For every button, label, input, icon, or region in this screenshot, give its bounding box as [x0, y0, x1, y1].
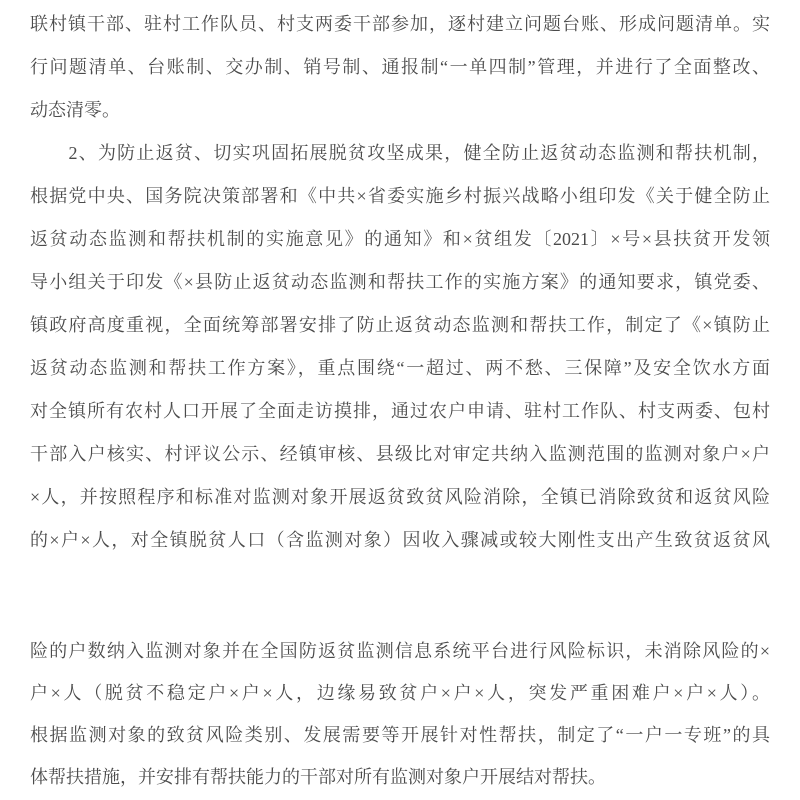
text-line: 体帮扶措施，并安排有帮扶能力的干部对所有监测对象户开展结对帮扶。 — [30, 756, 770, 798]
text-line: 根据党中央、国务院决策部署和《中共×省委实施乡村振兴战略小组印发《关于健全防止 — [30, 175, 770, 218]
text-line: 对全镇所有农村人口开展了全面走访摸排，通过农户申请、驻村工作队、村支两委、包村 — [30, 390, 770, 433]
text-line: 导小组关于印发《×县防止返贫动态监测和帮扶工作的实施方案》的通知要求，镇党委、 — [30, 261, 770, 304]
text-line: 干部入户核实、村评议公示、经镇审核、县级比对审定共纳入监测范围的监测对象户×户 — [30, 433, 770, 476]
text-line: 户×人（脱贫不稳定户×户×人，边缘易致贫户×户×人，突发严重困难户×户×人）。 — [30, 672, 770, 714]
text-line: ×人，并按照程序和标准对监测对象开展返贫致贫风险消除，全镇已消除致贫和返贫风险 — [30, 476, 770, 519]
text-line: 镇政府高度重视，全面统筹部署安排了防止返贫动态监测和帮扶工作，制定了《×镇防止 — [30, 304, 770, 347]
text-block-page-2: 险的户数纳入监测对象并在全国防返贫监测信息系统平台进行风险标识，未消除风险的×户… — [30, 630, 770, 798]
page-break-gap — [30, 562, 770, 630]
document-page: 联村镇干部、驻村工作队员、村支两委干部参加，逐村建立问题台账、形成问题清单。实行… — [0, 0, 800, 800]
text-line: 2、为防止返贫、切实巩固拓展脱贫攻坚成果，健全防止返贫动态监测和帮扶机制， — [30, 132, 770, 175]
text-line: 根据监测对象的致贫风险类别、发展需要等开展针对性帮扶，制定了“一户一专班”的具 — [30, 714, 770, 756]
text-line: 行问题清单、台账制、交办制、销号制、通报制“一单四制”管理，并进行了全面整改、 — [30, 46, 770, 89]
text-line: 的×户×人，对全镇脱贫人口（含监测对象）因收入骤减或较大刚性支出产生致贫返贫风 — [30, 519, 770, 562]
text-line: 动态清零。 — [30, 89, 770, 132]
text-line: 返贫动态监测和帮扶机制的实施意见》的通知》和×贫组发〔2021〕×号×县扶贫开发… — [30, 218, 770, 261]
text-block-page-1: 联村镇干部、驻村工作队员、村支两委干部参加，逐村建立问题台账、形成问题清单。实行… — [30, 3, 770, 562]
text-line: 险的户数纳入监测对象并在全国防返贫监测信息系统平台进行风险标识，未消除风险的× — [30, 630, 770, 672]
text-line: 联村镇干部、驻村工作队员、村支两委干部参加，逐村建立问题台账、形成问题清单。实 — [30, 3, 770, 46]
text-line: 返贫动态监测和帮扶工作方案》，重点围绕“一超过、两不愁、三保障”及安全饮水方面 — [30, 347, 770, 390]
